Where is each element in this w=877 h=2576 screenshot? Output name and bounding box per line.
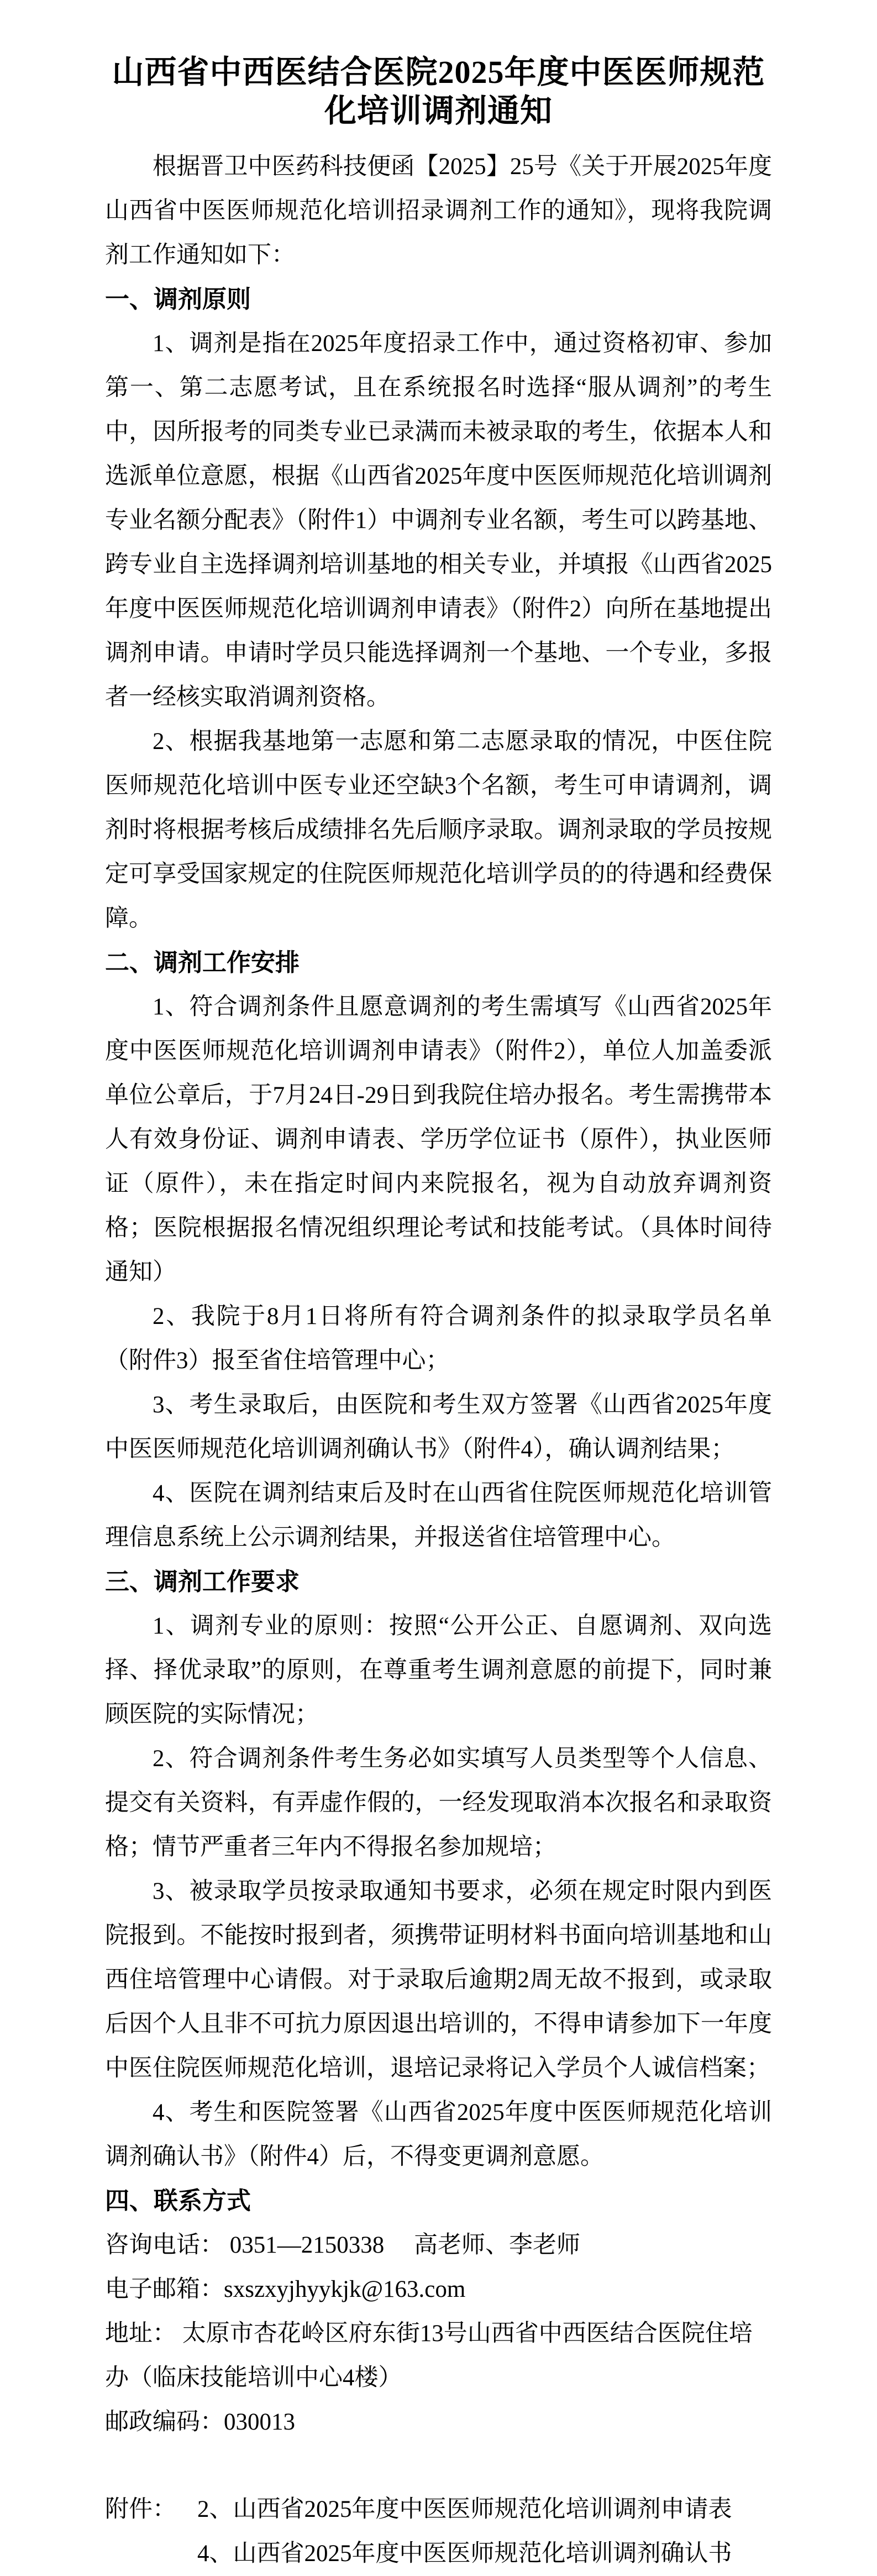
body-paragraph: 根据晋卫中医药科技便函【2025】25号《关于开展2025年度山西省中医医师规范… bbox=[105, 145, 772, 278]
contact-line: 咨询电话： 0351—2150338 高老师、李老师 bbox=[105, 2223, 772, 2268]
attachments-list: 2、山西省2025年度中医医师规范化培训调剂申请表4、山西省2025年度中医医师… bbox=[197, 2488, 732, 2576]
attachments-section: 附件： 2、山西省2025年度中医医师规范化培训调剂申请表4、山西省2025年度… bbox=[105, 2488, 772, 2576]
attachments-label: 附件： bbox=[105, 2488, 176, 2532]
section-heading: 二、调剂工作安排 bbox=[105, 941, 772, 985]
section-heading: 一、调剂原则 bbox=[105, 278, 772, 322]
body-paragraph: 4、医院在调剂结束后及时在山西省住院医师规范化培训管理信息系统上公示调剂结果，并… bbox=[105, 1472, 772, 1560]
body-paragraph: 1、调剂是指在2025年度招录工作中，通过资格初审、参加第一、第二志愿考试，且在… bbox=[105, 322, 772, 720]
contact-line: 地址： 太原市杏花岭区府东街13号山西省中西医结合医院住培办（临床技能培训中心4… bbox=[105, 2312, 772, 2400]
section-heading: 三、调剂工作要求 bbox=[105, 1560, 772, 1604]
document-page: 山西省中西医结合医院2025年度中医医师规范化培训调剂通知 根据晋卫中医药科技便… bbox=[105, 0, 772, 2576]
body-paragraph: 1、调剂专业的原则：按照“公开公正、自愿调剂、双向选择、择优录取”的原则，在尊重… bbox=[105, 1604, 772, 1737]
body-paragraph: 2、根据我基地第一志愿和第二志愿录取的情况，中医住院医师规范化培训中医专业还空缺… bbox=[105, 720, 772, 941]
body-paragraph: 1、符合调剂条件且愿意调剂的考生需填写《山西省2025年度中医医师规范化培训调剂… bbox=[105, 985, 772, 1295]
section-heading: 四、联系方式 bbox=[105, 2179, 772, 2223]
body-paragraph: 3、被录取学员按录取通知书要求，必须在规定时限内到医院报到。不能按时报到者，须携… bbox=[105, 1870, 772, 2091]
contact-line: 电子邮箱：sxszxyjhyykjk@163.com bbox=[105, 2268, 772, 2312]
body-paragraph: 2、符合调剂条件考生务必如实填写人员类型等个人信息、提交有关资料，有弄虚作假的，… bbox=[105, 1737, 772, 1870]
body-paragraph: 3、考生录取后，由医院和考生双方签署《山西省2025年度中医医师规范化培训调剂确… bbox=[105, 1383, 772, 1472]
contact-line: 邮政编码：030013 bbox=[105, 2400, 772, 2444]
attachment-item: 2、山西省2025年度中医医师规范化培训调剂申请表 bbox=[197, 2488, 732, 2532]
body-paragraph: 4、考生和医院签署《山西省2025年度中医医师规范化培训调剂确认书》（附件4）后… bbox=[105, 2091, 772, 2179]
document-body: 根据晋卫中医药科技便函【2025】25号《关于开展2025年度山西省中医医师规范… bbox=[105, 145, 772, 2444]
body-paragraph: 2、我院于8月1日将所有符合调剂条件的拟录取学员名单（附件3）报至省住培管理中心… bbox=[105, 1295, 772, 1383]
attachment-item: 4、山西省2025年度中医医师规范化培训调剂确认书 bbox=[197, 2532, 732, 2576]
document-title: 山西省中西医结合医院2025年度中医医师规范化培训调剂通知 bbox=[105, 53, 772, 130]
